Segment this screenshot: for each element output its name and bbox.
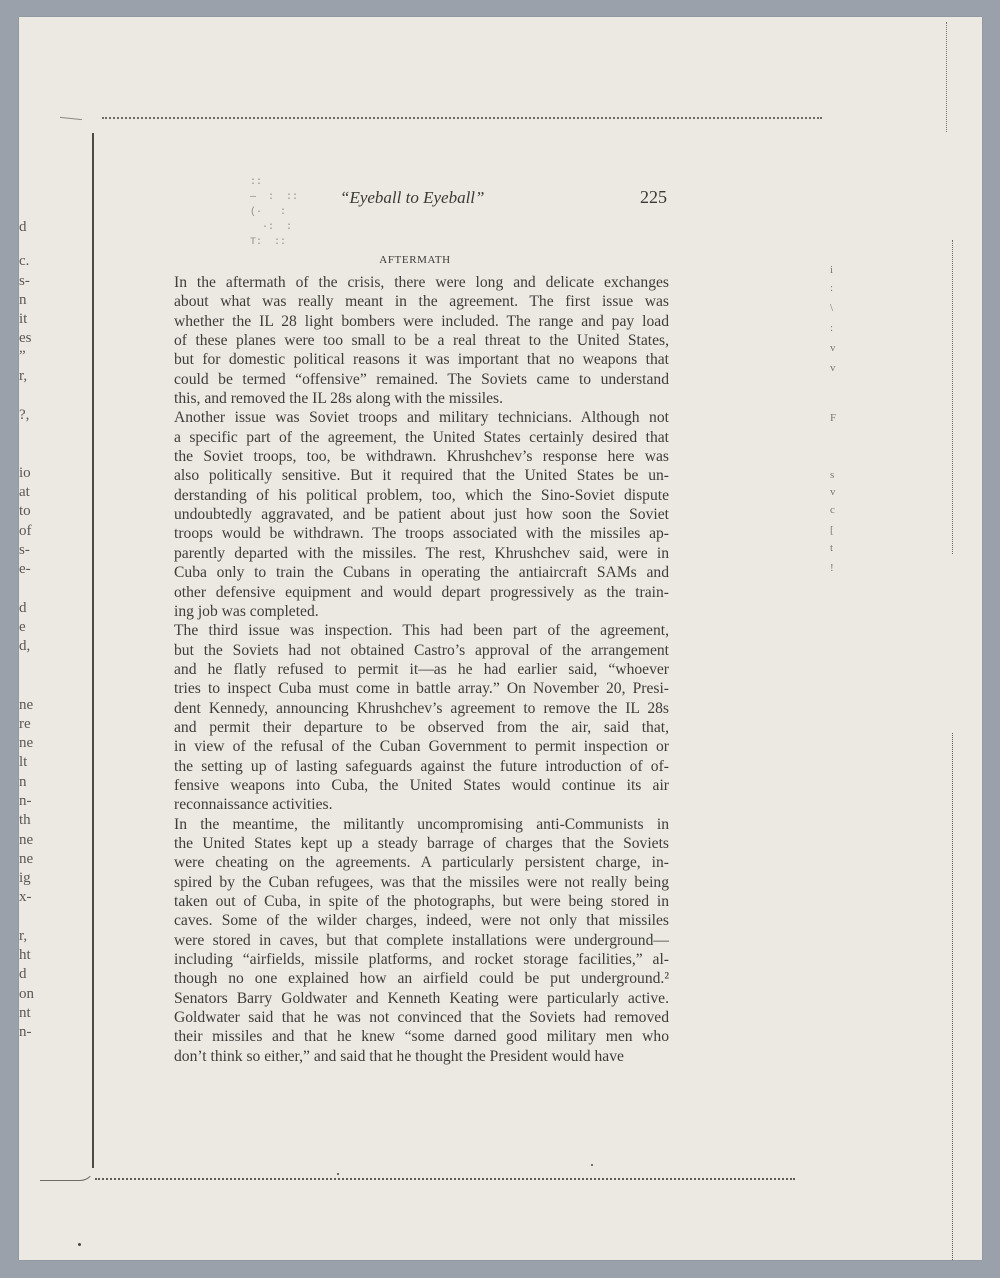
verso-fragment: e [19,620,26,635]
text-line: reconnaissance activities. [160,795,669,814]
ink-speck [78,1243,81,1246]
text-line: Goldwater said that he was not convinced… [160,1008,669,1027]
text-line: the setting up of lasting safeguards aga… [160,757,669,776]
text-line: The third issue was inspection. This had… [160,621,669,640]
text-line: fensive weapons into Cuba, the United St… [160,776,669,795]
verso-fragment: ?, [19,408,29,423]
verso-fragment: nt [19,1006,31,1021]
verso-fragment: r, [19,369,27,384]
text-line: could be termed “offensive” remained. Th… [160,370,669,389]
verso-fragment: d, [19,639,30,654]
text-line: undoubtedly aggravated, and be patient a… [160,505,669,524]
text-line: caves. Some of the wilder charges, indee… [160,911,669,930]
frame-rule-bottom [95,1178,795,1180]
text-line: ing job was completed. [160,602,669,621]
text-line: their missiles and that he knew “some da… [160,1027,669,1046]
verso-fragment: ne [19,736,33,751]
text-line: were cheating on the agreements. A parti… [160,853,669,872]
text-line: but for domestic political reasons it wa… [160,350,669,369]
verso-fragment: ” [19,349,26,364]
text-line: other defensive equipment and would depa… [160,583,669,602]
text-line: whether the IL 28 light bombers were inc… [160,312,669,331]
frame-rule-bottom-left-curve [40,1166,95,1181]
verso-fragment: ig [19,871,31,886]
text-line: In the meantime, the militantly uncompro… [160,815,669,834]
text-line: tries to inspect Cuba must come in battl… [160,679,669,698]
frame-rule-left [92,133,94,1168]
text-line: a specific part of the agreement, the Un… [160,428,669,447]
verso-fragment: d [19,601,27,616]
text-line: derstanding of his political problem, to… [160,486,669,505]
text-line: and permit their departure to be observe… [160,718,669,737]
text-line: the United States kept up a steady barra… [160,834,669,853]
text-line: Senators Barry Goldwater and Kenneth Kea… [160,989,669,1008]
section-heading: AFTERMATH [160,254,670,266]
text-line: in view of the refusal of the Cuban Gove… [160,737,669,756]
verso-fragment: ne [19,698,33,713]
paragraph: In the aftermath of the crisis, there we… [160,273,669,408]
verso-fragment: ne [19,852,33,867]
text-line: spired by the Cuban refugees, was that t… [160,873,669,892]
paragraph: The third issue was inspection. This had… [160,621,669,814]
verso-fragment: re [19,717,31,732]
text-line: but the Soviets had not obtained Castro’… [160,641,669,660]
ink-speck [591,1164,593,1166]
paragraph: In the meantime, the militantly uncompro… [160,815,669,1066]
text-line: and he flatly refused to permit it—as he… [160,660,669,679]
frame-rule-right-mid [952,240,953,554]
frame-rule-right-low [952,733,953,1260]
verso-fragment: d [19,967,27,982]
running-head-title: “Eyeball to Eyeball” [340,188,484,208]
verso-fragment: of [19,524,32,539]
verso-fragment: n- [19,794,32,809]
running-head: “Eyeball to Eyeball” 225 [160,188,670,212]
verso-fragment: e- [19,562,31,577]
text-line: parently departed with the missiles. The… [160,544,669,563]
verso-fragment: to [19,504,31,519]
verso-fragment: d [19,220,27,235]
verso-fragment: on [19,987,34,1002]
text-line: were stored in caves, but that complete … [160,931,669,950]
text-line: In the aftermath of the crisis, there we… [160,273,669,292]
verso-fragment: it [19,312,27,327]
frame-rule-right-top [946,22,947,132]
text-line: dent Kennedy, announcing Khrushchev’s ag… [160,699,669,718]
verso-fragment: ht [19,948,31,963]
text-line: about what was really meant in the agree… [160,292,669,311]
text-line: troops would be withdrawn. The troops as… [160,524,669,543]
verso-fragment: s- [19,274,30,289]
frame-rule-top [102,117,822,119]
text-line: Another issue was Soviet troops and mili… [160,408,669,427]
page-number: 225 [640,187,667,208]
text-line: the Soviet troops, too, be withdrawn. Kh… [160,447,669,466]
text-line: this, and removed the IL 28s along with … [160,389,669,408]
verso-fragment: lt [19,755,27,770]
verso-fragment: n [19,775,27,790]
verso-fragment: n- [19,1025,32,1040]
header-bleed-marks: :: — : :: (· : ·: : T: :: [250,175,298,250]
ink-speck [337,1173,339,1175]
verso-fragment: x- [19,890,32,905]
verso-fragment: io [19,466,31,481]
text-line: don’t think so either,” and said that he… [160,1047,669,1066]
verso-fragment: at [19,485,30,500]
text-line: taken out of Cuba, in spite of the photo… [160,892,669,911]
verso-fragment: th [19,813,31,828]
verso-fragment: s- [19,543,30,558]
text-line: Cuba only to train the Cubans in operati… [160,563,669,582]
verso-fragment: ne [19,833,33,848]
body-text: In the aftermath of the crisis, there we… [160,273,669,1066]
verso-fragment: c. [19,254,29,269]
text-line: of these planes were too small to be a r… [160,331,669,350]
verso-fragment: es [19,331,32,346]
text-line: also politically sensitive. But it requi… [160,466,669,485]
paragraph: Another issue was Soviet troops and mili… [160,408,669,621]
verso-fragment: n [19,293,27,308]
text-line: though no one explained how an airfield … [160,969,669,988]
verso-fragment: r, [19,929,27,944]
text-line: including “airfields, missile platforms,… [160,950,669,969]
